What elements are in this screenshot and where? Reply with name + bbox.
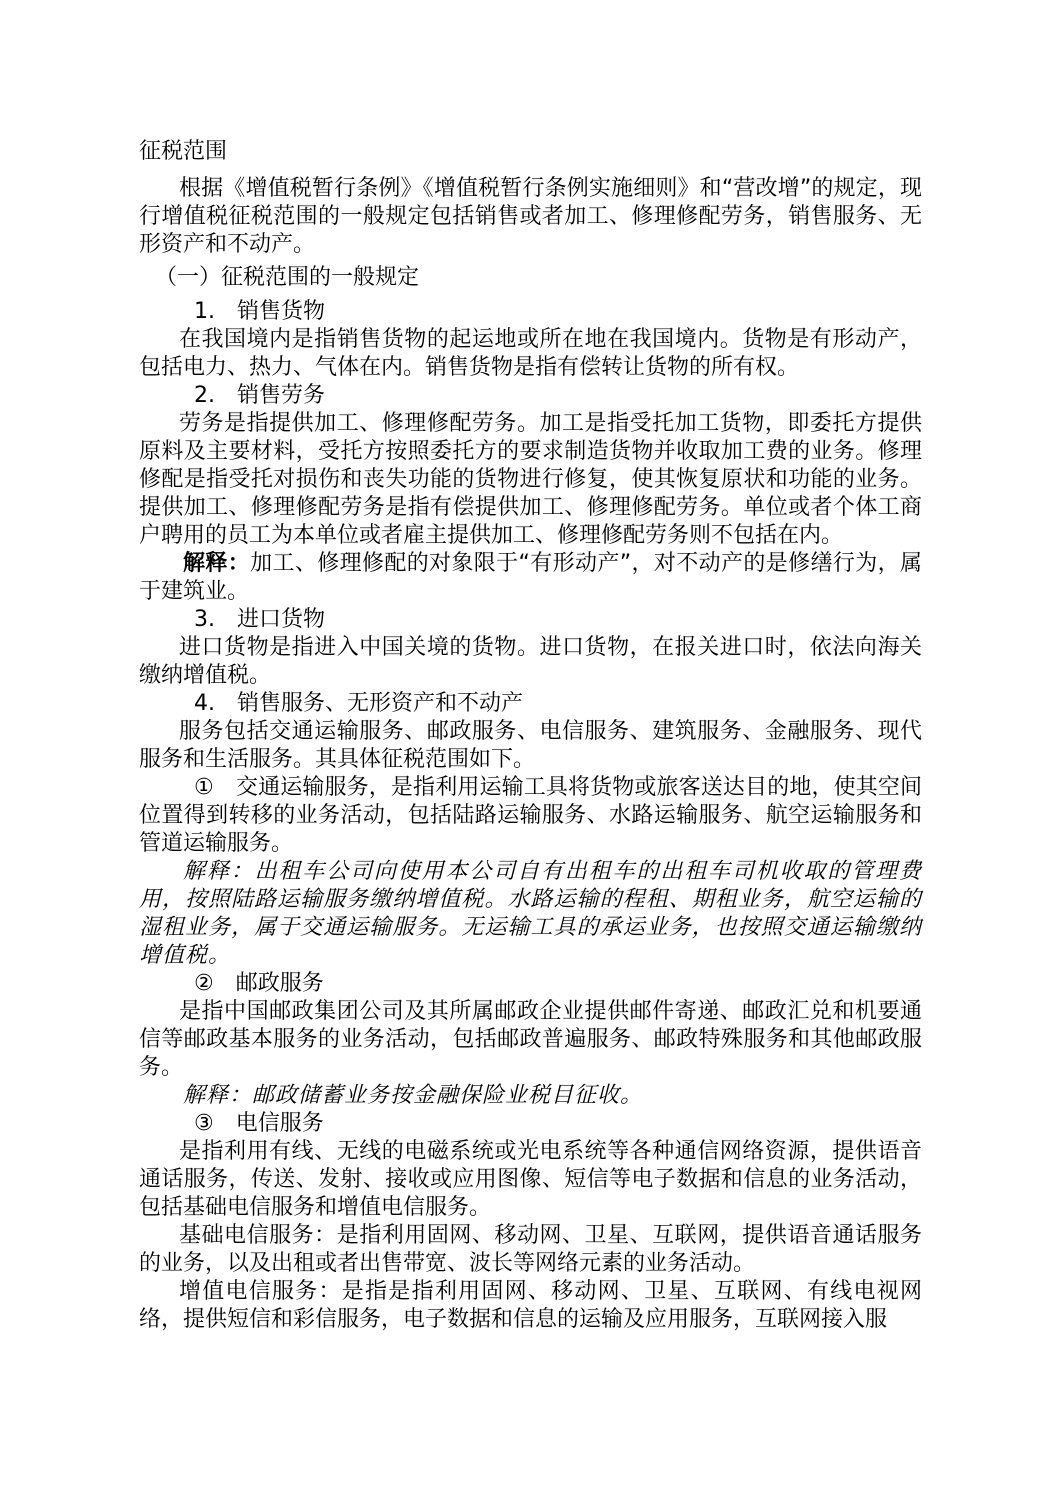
note-repair-scope: 解释：加工、修理修配的对象限于“有形动产”，对不动产的是修缮行为，属于建筑业。: [139, 550, 922, 606]
paragraph-value-added-telecom: 增值电信服务：是指是指利用固网、移动网、卫星、互联网、有线电视网络，提供短信和彩…: [139, 1278, 922, 1334]
paragraph-basic-telecom: 基础电信服务：是指利用固网、移动网、卫星、互联网，提供语音通话服务的业务，以及出…: [139, 1222, 922, 1278]
paragraph-sale-of-labor: 劳务是指提供加工、修理修配劳务。加工是指受托加工货物，即委托方提供原料及主要材料…: [139, 410, 922, 550]
paragraph-postal-service: 是指中国邮政集团公司及其所属邮政企业提供邮件寄递、邮政汇兑和机要通信等邮政基本服…: [139, 998, 922, 1082]
document-page: 征税范围 根据《增值税暂行条例》《增值税暂行条例实施细则》和“营改增”的规定，现…: [0, 0, 1059, 1497]
subhead-telecom-service: ③ 电信服务: [139, 1110, 922, 1138]
paragraph-imported-goods: 进口货物是指进入中国关境的货物。进口货物，在报关进口时，依法向海关缴纳增值税。: [139, 634, 922, 690]
note-transport-service: 解释：出租车公司向使用本公司自有出租车的出租车司机收取的管理费用，按照陆路运输服…: [139, 858, 922, 970]
note-postal-service: 解释：邮政储蓄业务按金融保险业税目征收。: [139, 1082, 922, 1110]
subhead-sale-of-goods: 1. 销售货物: [139, 298, 922, 326]
note-repair-prefix: 解释：: [183, 551, 250, 576]
subhead-imported-goods: 3. 进口货物: [139, 606, 922, 634]
subhead-postal-service: ② 邮政服务: [139, 970, 922, 998]
doc-title: 征税范围: [139, 138, 922, 166]
note-repair-text: 加工、修理修配的对象限于“有形动产”，对不动产的是修缮行为，属于建筑业。: [139, 551, 922, 604]
subhead-sale-of-services: 4. 销售服务、无形资产和不动产: [139, 690, 922, 718]
paragraph-services-overview: 服务包括交通运输服务、邮政服务、电信服务、建筑服务、金融服务、现代服务和生活服务…: [139, 718, 922, 774]
paragraph-transport-service: ① 交通运输服务，是指利用运输工具将货物或旅客送达目的地，使其空间位置得到转移的…: [139, 774, 922, 858]
paragraph-sale-of-goods: 在我国境内是指销售货物的起运地或所在地在我国境内。货物是有形动产，包括电力、热力…: [139, 326, 922, 382]
intro-paragraph: 根据《增值税暂行条例》《增值税暂行条例实施细则》和“营改增”的规定，现行增值税征…: [139, 175, 922, 259]
subhead-sale-of-labor: 2. 销售劳务: [139, 382, 922, 410]
document-content: 征税范围 根据《增值税暂行条例》《增值税暂行条例实施细则》和“营改增”的规定，现…: [139, 138, 922, 1334]
paragraph-telecom-service: 是指利用有线、无线的电磁系统或光电系统等各种通信网络资源，提供语音通话服务，传送…: [139, 1138, 922, 1222]
section-heading-general-rules: （一）征税范围的一般规定: [139, 264, 922, 292]
